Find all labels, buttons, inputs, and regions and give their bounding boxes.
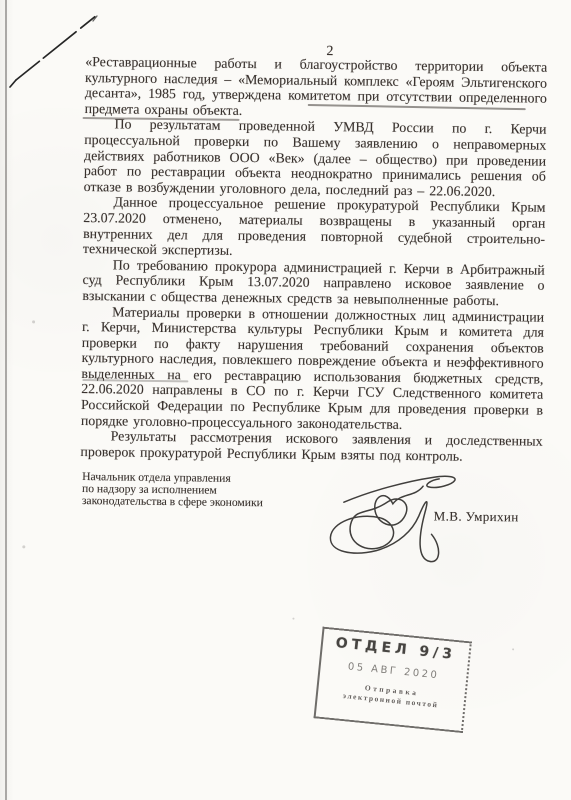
document-content: 2 «Реставрационные работы и благоустройс…	[0, 0, 571, 800]
paragraph: Результаты рассмотрения искового заявлен…	[80, 429, 542, 466]
signer-name: М.В. Умрихин	[434, 508, 519, 525]
stamp-department: ОТДЕЛ 9/3	[322, 634, 469, 664]
paragraph: Материалы проверки в отношении должностн…	[81, 305, 544, 435]
paragraph: По результатам проведенной УМВД России п…	[84, 117, 547, 201]
paragraph: Данное процессуальное решение прокуратур…	[83, 195, 546, 263]
signature-title: Начальник отдела управления по надзору з…	[82, 471, 263, 509]
noise-speck	[22, 545, 25, 548]
noise-speck	[32, 320, 35, 323]
scanned-document-page: 2 «Реставрационные работы и благоустройс…	[0, 0, 571, 800]
noise-speck	[512, 648, 514, 650]
paragraph: «Реставрационные работы и благоустройств…	[85, 55, 548, 123]
signature-title-line: законодательства в сфере экономики	[82, 495, 263, 509]
date-stamp: ОТДЕЛ 9/3 05 АВГ 2020 Отправка электронн…	[314, 627, 472, 733]
document-body: «Реставрационные работы и благоустройств…	[80, 55, 547, 466]
noise-speck	[292, 618, 294, 620]
paragraph: По требованию прокурора администрацией г…	[82, 258, 545, 310]
